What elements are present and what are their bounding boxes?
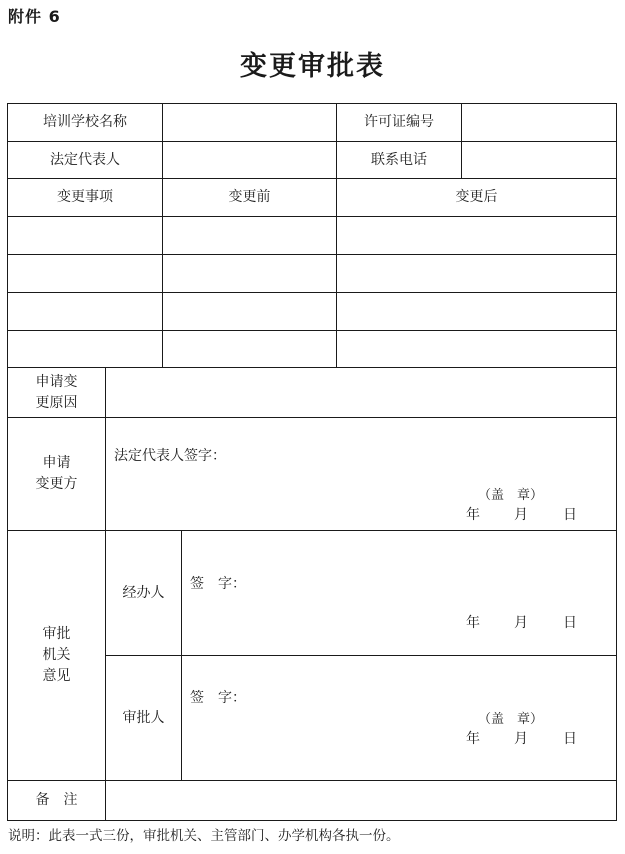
seal-label: （盖 章） — [478, 708, 543, 727]
change-item-cell[interactable] — [8, 217, 162, 254]
change-after-cell[interactable] — [337, 255, 616, 292]
handler-label: 经办人 — [106, 531, 181, 655]
seal-label: （盖 章） — [478, 484, 543, 503]
handler-signature-area[interactable] — [182, 531, 616, 655]
applicant-signature-area[interactable] — [106, 418, 616, 530]
date-year-label: 年 — [466, 728, 480, 748]
column-header-before: 变更前 — [163, 179, 336, 216]
reason-field[interactable] — [106, 368, 616, 417]
footnote: 说明：此表一式三份，审批机关、主管部门、办学机构各执一份。 — [8, 824, 400, 844]
approver-signature-label: 签 字： — [190, 687, 246, 707]
remarks-label: 备 注 — [8, 781, 105, 820]
applicant-label-line: 变更方 — [36, 474, 78, 495]
change-after-cell[interactable] — [337, 217, 616, 254]
phone-field[interactable] — [462, 142, 616, 178]
change-item-cell[interactable] — [8, 255, 162, 292]
school-name-field[interactable] — [163, 104, 336, 141]
applicant-label-line: 申请 — [43, 453, 71, 474]
date-day-label: 日 — [563, 612, 577, 632]
date-month-label: 月 — [514, 504, 528, 524]
license-no-field[interactable] — [462, 104, 616, 141]
authority-label-line: 机关 — [43, 645, 71, 666]
reason-label-line: 更原因 — [36, 393, 78, 414]
date-month-label: 月 — [514, 728, 528, 748]
legal-rep-label: 法定代表人 — [8, 142, 162, 178]
approver-signature-area[interactable] — [182, 656, 616, 780]
handler-signature-label: 签 字： — [190, 573, 246, 593]
column-header-after: 变更后 — [337, 179, 616, 216]
license-no-label: 许可证编号 — [337, 104, 461, 141]
reason-label: 申请变 更原因 — [8, 368, 105, 417]
change-after-cell[interactable] — [337, 293, 616, 330]
date-month-label: 月 — [514, 612, 528, 632]
column-header-change-item: 变更事项 — [8, 179, 162, 216]
page-title: 变更审批表 — [0, 44, 625, 83]
applicant-label: 申请 变更方 — [8, 418, 105, 530]
authority-label-line: 审批 — [43, 624, 71, 645]
change-after-cell[interactable] — [337, 331, 616, 367]
change-before-cell[interactable] — [163, 217, 336, 254]
authority-label: 审批 机关 意见 — [8, 531, 105, 780]
change-item-cell[interactable] — [8, 293, 162, 330]
change-before-cell[interactable] — [163, 255, 336, 292]
phone-label: 联系电话 — [337, 142, 461, 178]
change-before-cell[interactable] — [163, 293, 336, 330]
attachment-label: 附件 6 — [8, 4, 61, 27]
authority-label-line: 意见 — [43, 666, 71, 687]
date-day-label: 日 — [563, 504, 577, 524]
reason-label-line: 申请变 — [36, 372, 78, 393]
remarks-field[interactable] — [106, 781, 616, 820]
date-day-label: 日 — [563, 728, 577, 748]
change-before-cell[interactable] — [163, 331, 336, 367]
school-name-label: 培训学校名称 — [8, 104, 162, 141]
grid-line — [7, 820, 617, 821]
legal-rep-signature-label: 法定代表人签字： — [114, 445, 226, 465]
legal-rep-field[interactable] — [163, 142, 336, 178]
change-item-cell[interactable] — [8, 331, 162, 367]
grid-line — [616, 103, 617, 821]
date-year-label: 年 — [466, 612, 480, 632]
approver-label: 审批人 — [106, 656, 181, 780]
date-year-label: 年 — [466, 504, 480, 524]
